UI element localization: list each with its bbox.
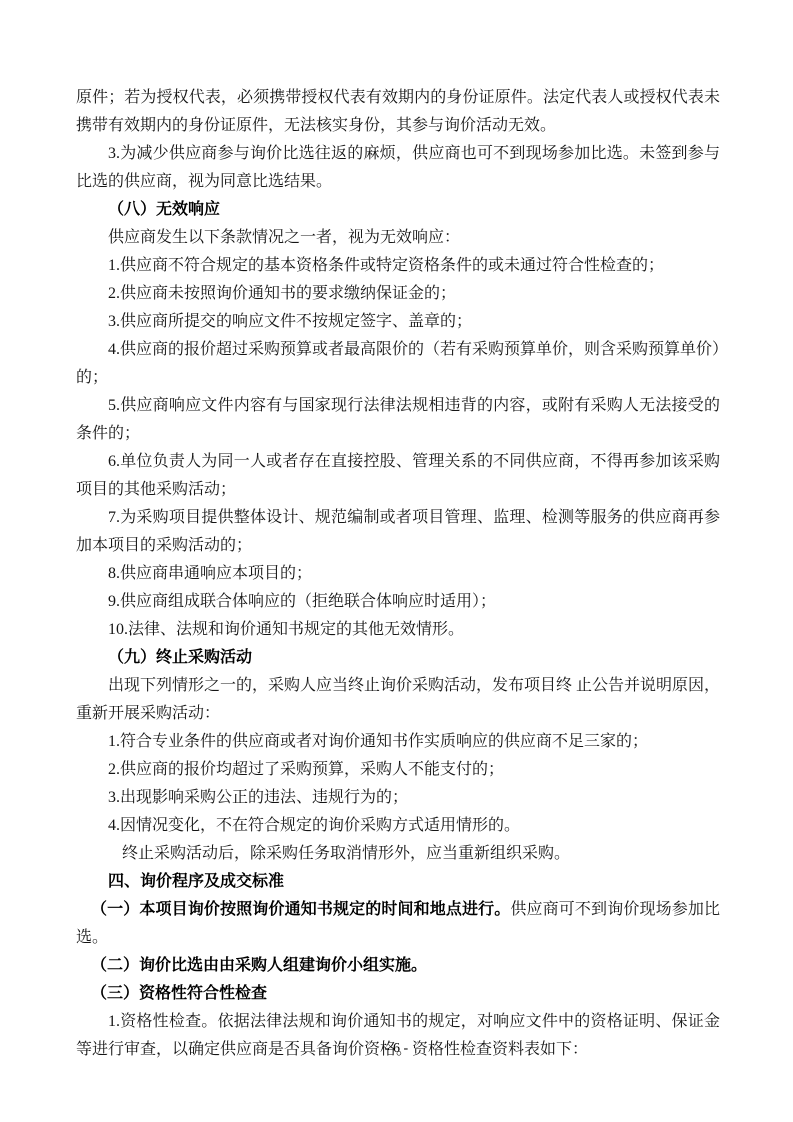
- document-page: 原件；若为授权代表，必须携带授权代表有效期内的身份证原件。法定代表人或授权代表未…: [0, 0, 793, 1122]
- list-item-8: 8.供应商串通响应本项目的；: [76, 560, 720, 588]
- heading-inquiry-procedure: 四、询价程序及成交标准: [76, 868, 720, 896]
- list-item-2: 2.供应商未按照询价通知书的要求缴纳保证金的；: [76, 280, 720, 308]
- subheading-1-mixed: （一）本项目询价按照询价通知书规定的时间和地点进行。供应商可不到询价现场参加比选…: [76, 896, 720, 952]
- paragraph-continuation: 原件；若为授权代表，必须携带授权代表有效期内的身份证原件。法定代表人或授权代表未…: [76, 84, 720, 140]
- heading-invalid-response: （八）无效响应: [76, 196, 720, 224]
- terminate-item-1: 1.符合专业条件的供应商或者对询价通知书作实质响应的供应商不足三家的；: [76, 728, 720, 756]
- subheading-1-bold: （一）本项目询价按照询价通知书规定的时间和地点进行。: [91, 901, 510, 918]
- heading-terminate-procurement: （九）终止采购活动: [76, 644, 720, 672]
- footer-page-number: - 6 -: [0, 1040, 793, 1058]
- document-body: 原件；若为授权代表，必须携带授权代表有效期内的身份证原件。法定代表人或授权代表未…: [76, 84, 720, 1064]
- list-item-9: 9.供应商组成联合体响应的（拒绝联合体响应时适用）；: [76, 588, 720, 616]
- list-item-3: 3.供应商所提交的响应文件不按规定签字、盖章的；: [76, 308, 720, 336]
- list-item-4: 4.供应商的报价超过采购预算或者最高限价的（若有采购预算单价，则含采购预算单价）…: [76, 336, 720, 392]
- subheading-2: （二）询价比选由由采购人组建询价小组实施。: [76, 952, 720, 980]
- terminate-item-4: 4.因情况变化，不在符合规定的询价采购方式适用情形的。: [76, 812, 720, 840]
- paragraph-item-3: 3.为减少供应商参与询价比选往返的麻烦，供应商也可不到现场参加比选。未签到参与比…: [76, 140, 720, 196]
- paragraph-intro-terminate: 出现下列情形之一的，采购人应当终止询价采购活动，发布项目终 止公告并说明原因，重…: [76, 672, 720, 728]
- terminate-item-3: 3.出现影响采购公正的违法、违规行为的；: [76, 784, 720, 812]
- list-item-1: 1.供应商不符合规定的基本资格条件或特定资格条件的或未通过符合性检查的；: [76, 252, 720, 280]
- list-item-10: 10.法律、法规和询价通知书规定的其他无效情形。: [76, 616, 720, 644]
- subheading-3: （三）资格性符合性检查: [76, 980, 720, 1008]
- list-item-7: 7.为采购项目提供整体设计、规范编制或者项目管理、监理、检测等服务的供应商再参加…: [76, 504, 720, 560]
- list-item-6: 6.单位负责人为同一人或者存在直接控股、管理关系的不同供应商，不得再参加该采购项…: [76, 448, 720, 504]
- paragraph-intro-invalid: 供应商发生以下条款情况之一者，视为无效响应：: [76, 224, 720, 252]
- terminate-item-2: 2.供应商的报价均超过了采购预算，采购人不能支付的；: [76, 756, 720, 784]
- paragraph-after-terminate: 终止采购活动后，除采购任务取消情形外，应当重新组织采购。: [76, 840, 720, 868]
- list-item-5: 5.供应商响应文件内容有与国家现行法律法规相违背的内容，或附有采购人无法接受的条…: [76, 392, 720, 448]
